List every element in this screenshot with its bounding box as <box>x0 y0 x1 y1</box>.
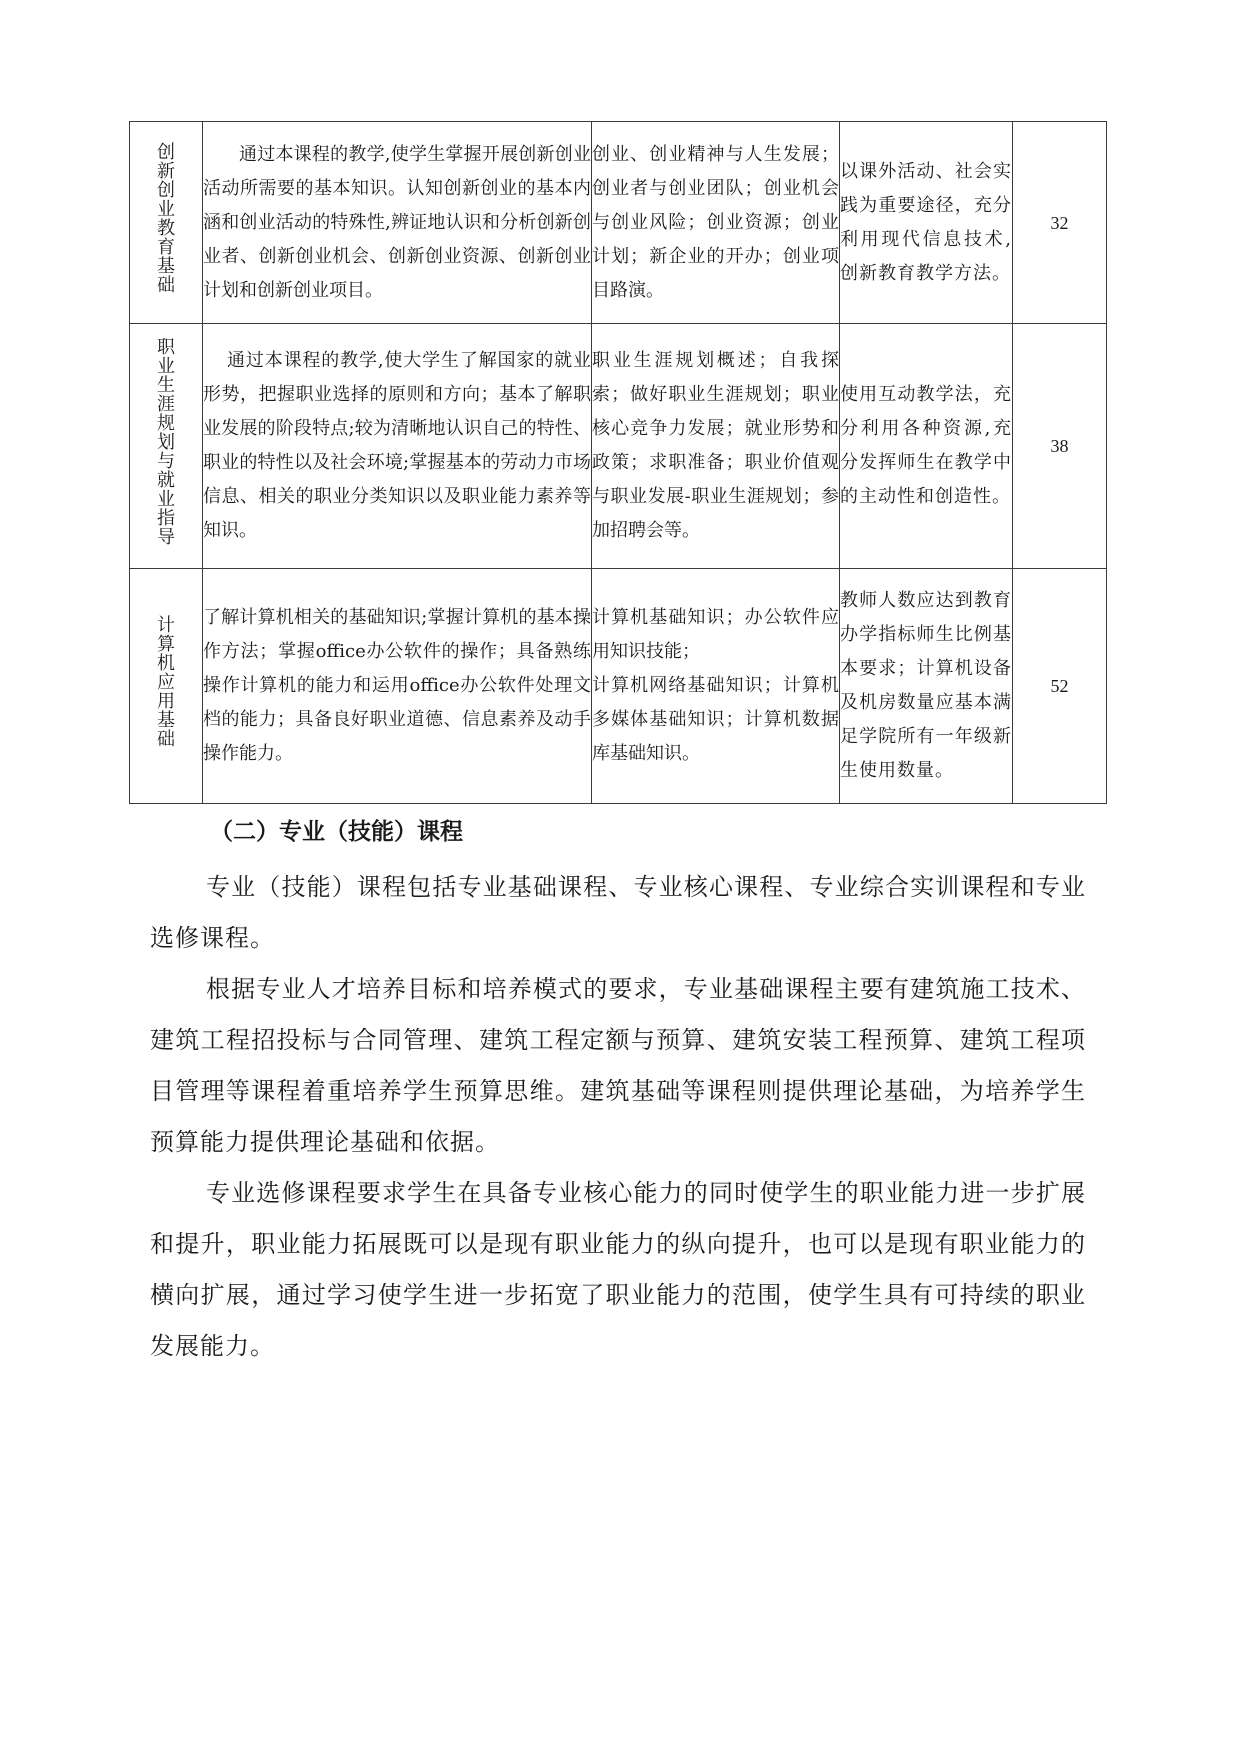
course-content: 职业生涯规划概述；自我探索；做好职业生涯规划；职业核心竞争力发展；就业形势和政策… <box>592 344 839 548</box>
course-content-line: 计算机基础知识；办公软件应用知识技能； <box>592 601 839 669</box>
course-table: 创新创业教育基础 通过本课程的教学,使学生掌握开展创新创业活动所需要的基本知识。… <box>129 121 1107 804</box>
course-goal: 通过本课程的教学,使大学生了解国家的就业形势，把握职业选择的原则和方向；基本了解… <box>203 344 591 548</box>
teaching-method: 以课外活动、社会实践为重要途径，充分利用现代信息技术,创新教育教学方法。 <box>840 155 1012 291</box>
table-row: 创新创业教育基础 通过本课程的教学,使学生掌握开展创新创业活动所需要的基本知识。… <box>130 122 1107 324</box>
teaching-method-cell: 以课外活动、社会实践为重要途径，充分利用现代信息技术,创新教育教学方法。 <box>840 122 1013 324</box>
course-goal-cell: 了解计算机相关的基础知识;掌握计算机的基本操作方法；掌握office办公软件的操… <box>203 569 592 804</box>
document-page: 创新创业教育基础 通过本课程的教学,使学生掌握开展创新创业活动所需要的基本知识。… <box>0 0 1240 1754</box>
course-content-cell: 职业生涯规划概述；自我探索；做好职业生涯规划；职业核心竞争力发展；就业形势和政策… <box>592 324 840 569</box>
table-row: 职业生涯规划与就业指导 通过本课程的教学,使大学生了解国家的就业形势，把握职业选… <box>130 324 1107 569</box>
course-goal: 通过本课程的教学,使学生掌握开展创新创业活动所需要的基本知识。认知创新创业的基本… <box>203 138 591 308</box>
course-content-cell: 计算机基础知识；办公软件应用知识技能； 计算机网络基础知识；计算机多媒体基础知识… <box>592 569 840 804</box>
course-name-cell: 计算机应用基础 <box>130 569 203 804</box>
course-name: 计算机应用基础 <box>156 616 176 749</box>
paragraph: 专业选修课程要求学生在具备专业核心能力的同时使学生的职业能力进一步扩展和提升，职… <box>150 1168 1086 1372</box>
teaching-method-cell: 使用互动教学法，充分利用各种资源,充分发挥师生在教学中的主动性和创造性。 <box>840 324 1013 569</box>
paragraph: 根据专业人才培养目标和培养模式的要求，专业基础课程主要有建筑施工技术、建筑工程招… <box>150 964 1086 1168</box>
table-row: 计算机应用基础 了解计算机相关的基础知识;掌握计算机的基本操作方法；掌握offi… <box>130 569 1107 804</box>
course-goal-cell: 通过本课程的教学,使大学生了解国家的就业形势，把握职业选择的原则和方向；基本了解… <box>203 324 592 569</box>
section-body: 专业（技能）课程包括专业基础课程、专业核心课程、专业综合实训课程和专业选修课程。… <box>150 862 1086 1372</box>
course-hours: 38 <box>1013 324 1107 569</box>
course-content-line: 计算机网络基础知识；计算机多媒体基础知识；计算机数据库基础知识。 <box>592 669 839 771</box>
teaching-method: 教师人数应达到教育办学指标师生比例基本要求；计算机设备及机房数量应基本满足学院所… <box>840 584 1012 788</box>
course-name-cell: 职业生涯规划与就业指导 <box>130 324 203 569</box>
course-content: 创业、创业精神与人生发展；创业者与创业团队；创业机会与创业风险；创业资源；创业计… <box>592 138 839 308</box>
course-goal: 了解计算机相关的基础知识;掌握计算机的基本操作方法；掌握office办公软件的操… <box>203 601 591 771</box>
course-hours: 32 <box>1013 122 1107 324</box>
course-name: 职业生涯规划与就业指导 <box>156 338 176 547</box>
course-name-cell: 创新创业教育基础 <box>130 122 203 324</box>
course-hours: 52 <box>1013 569 1107 804</box>
course-goal-cell: 通过本课程的教学,使学生掌握开展创新创业活动所需要的基本知识。认知创新创业的基本… <box>203 122 592 324</box>
course-name: 创新创业教育基础 <box>156 143 176 295</box>
teaching-method-cell: 教师人数应达到教育办学指标师生比例基本要求；计算机设备及机房数量应基本满足学院所… <box>840 569 1013 804</box>
section-heading: （二）专业（技能）课程 <box>210 812 463 852</box>
paragraph: 专业（技能）课程包括专业基础课程、专业核心课程、专业综合实训课程和专业选修课程。 <box>150 862 1086 964</box>
course-content-cell: 创业、创业精神与人生发展；创业者与创业团队；创业机会与创业风险；创业资源；创业计… <box>592 122 840 324</box>
teaching-method: 使用互动教学法，充分利用各种资源,充分发挥师生在教学中的主动性和创造性。 <box>840 378 1012 514</box>
